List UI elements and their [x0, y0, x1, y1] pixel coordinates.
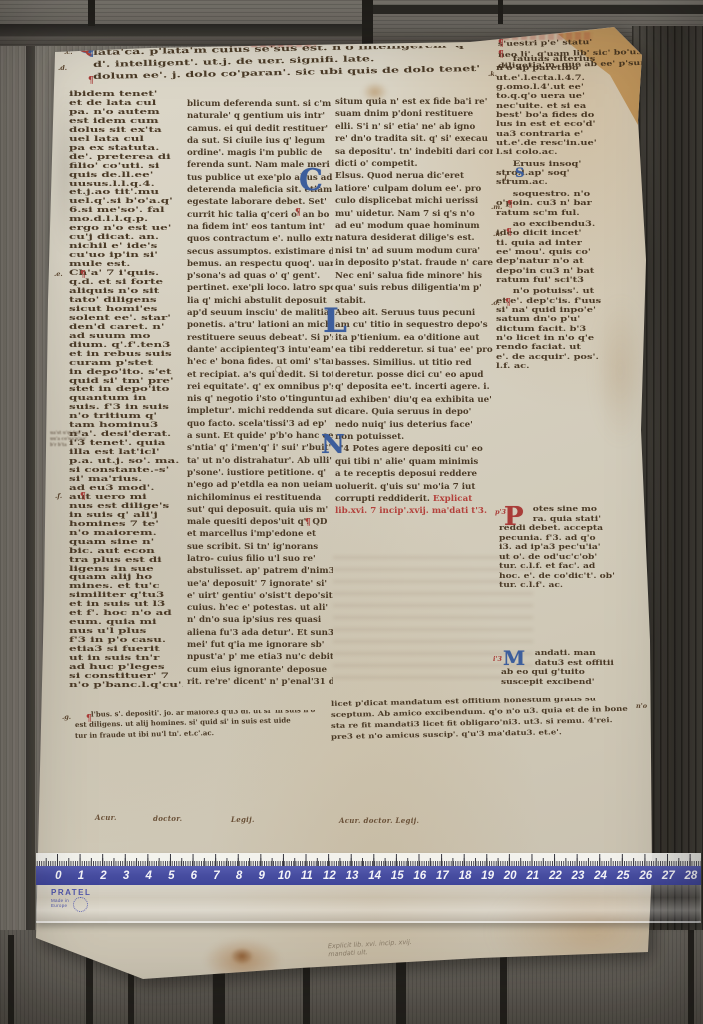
gloss-entry: fauuas alteriusn'o ap'paretibo'ut.e'.l.e… [496, 54, 614, 157]
ruler-brand-text: PRATEL [51, 888, 91, 897]
gloss-column-left: ibidem tenet'et de lata culpa. n'o autem… [69, 90, 183, 690]
ruler-brand-subtext: Made in Europe [51, 898, 75, 908]
ruler-body: PRATEL Made in Europe [36, 885, 701, 923]
margin-label-g: .g. [62, 713, 71, 721]
gloss-entry-o: n'o potuiss'. utet.e'. dep'c'is. f'uussi… [496, 286, 614, 370]
celsus-initial: C [299, 166, 323, 196]
manuscript-page: lata'ca. p'lata'm cuius se'sus est. n'o … [33, 26, 655, 982]
paraph-icon: ¶ [80, 270, 86, 280]
margin-label-m: .m. [491, 203, 502, 211]
wood-gap [26, 46, 35, 1024]
paraph-icon: ¶ [80, 492, 86, 502]
gloss-entry-l: Eruus insoq'stro.l.ap' soq'strum.ac. [496, 159, 614, 187]
margin-label-i3: i'3 [493, 655, 502, 663]
margin-label-p3: p'3 [495, 508, 506, 516]
margin-label-k: .k. [488, 70, 497, 78]
margin-label-no: n'o [636, 702, 647, 710]
wood-gap [498, 0, 503, 24]
ruler-tick-strip [36, 853, 701, 866]
margin-label-e: .e. [54, 270, 63, 278]
wood-gap [0, 24, 372, 36]
wood-gap [362, 0, 373, 46]
pencil-inscription: Explicit lib. xvi. incip. xvij.mandati u… [328, 938, 413, 958]
wood-gap [8, 935, 14, 1024]
wood-gap [500, 950, 507, 1024]
paraph-icon: ¶ [295, 208, 301, 218]
ruler: 0123456789101112131415161718192021222324… [36, 853, 701, 923]
catchword: doctor. [153, 814, 182, 823]
ruler-number-band: 0123456789101112131415161718192021222324… [36, 866, 701, 885]
wood-gap [372, 5, 703, 14]
header-gloss-left: lata'ca. p'lata'm cuius se'sus est. n'o … [93, 46, 485, 82]
paraph-icon: ¶ [498, 39, 504, 49]
colb-paragraph-celsus: Elsus. Quod nerua dic'eretlatiore' culpa… [335, 170, 493, 306]
margin-label-d: .d. [58, 64, 67, 72]
labeo-initial: L [323, 304, 347, 338]
margin-label-n: .n. [493, 230, 502, 238]
colb-paragraph-potes: o'4 Potes agere depositi cu' eoqui tibi … [335, 443, 493, 493]
explicit-red-text: Explicat [433, 494, 472, 504]
paraph-icon: ¶ [88, 76, 94, 86]
wood-gap [88, 0, 95, 26]
gloss-entry-m: soquestro. n'oo'poin. cu3 n' barratum sc… [496, 189, 614, 217]
paraph-icon: ¶ [506, 228, 512, 238]
explicit-rubric-line2: lib.xvi. 7 incip'.xvij. ma'dati t'3. [335, 505, 493, 517]
margin-label-f: .f. [55, 492, 62, 500]
margin-label-o: .o. [491, 299, 500, 307]
bottom-gloss-right: licet p'dicat mandatum est offitium hone… [331, 698, 649, 742]
stain [231, 948, 253, 964]
eu-stars-icon [73, 897, 88, 912]
catchword: Acur. [95, 813, 117, 822]
explicit-rubric-line: corrupti reddiderit. Explicat [335, 493, 493, 505]
catchword: Acur. doctor. Legij. [339, 816, 419, 825]
colb-paragraph-labeo: Abeo ait. Seruus tuus pecuniam cu' titio… [335, 307, 493, 443]
photo-scene: lata'ca. p'lata'm cuius se'sus est. n'o … [0, 0, 703, 1024]
wood-gap [396, 952, 406, 1024]
gloss-entry-n: ao excibendu3.ideo dicit incet'ti. quia … [496, 219, 614, 284]
colb-paragraph: situm quia n' est ex fide ba'i re'suam d… [335, 96, 493, 170]
bottom-gloss-left: l'bus. s'. depositi'. jo. ar maiore3 q'u… [75, 710, 317, 741]
catchword: Legij. [231, 815, 255, 824]
paraph-icon: ¶ [305, 518, 311, 528]
seruus-initial: S [515, 167, 524, 180]
paraph-icon: ¶ [507, 200, 513, 210]
mandati-initial: M [503, 648, 525, 668]
potes-initial: P [504, 504, 524, 530]
explicit-black-text: corrupti reddiderit. [335, 494, 433, 504]
tiny-margin-note: ua'st u'q' fua'uu'a co'ua'p'ua'b'r b'ta [50, 430, 86, 448]
wood-gap [688, 930, 694, 1024]
paraph-icon: ¶ [505, 298, 511, 308]
paraph-icon: ¶ [498, 50, 504, 60]
no-initial: N [321, 432, 345, 458]
gloss-column-right: fauuas alteriusn'o ap'paretibo'ut.e'.l.e… [496, 54, 614, 372]
margin-label-l: .l. [502, 174, 509, 182]
main-text-column-b: situm quia n' est ex fide ba'i re'suam d… [335, 96, 493, 518]
paraph-icon: ¶ [86, 714, 92, 724]
